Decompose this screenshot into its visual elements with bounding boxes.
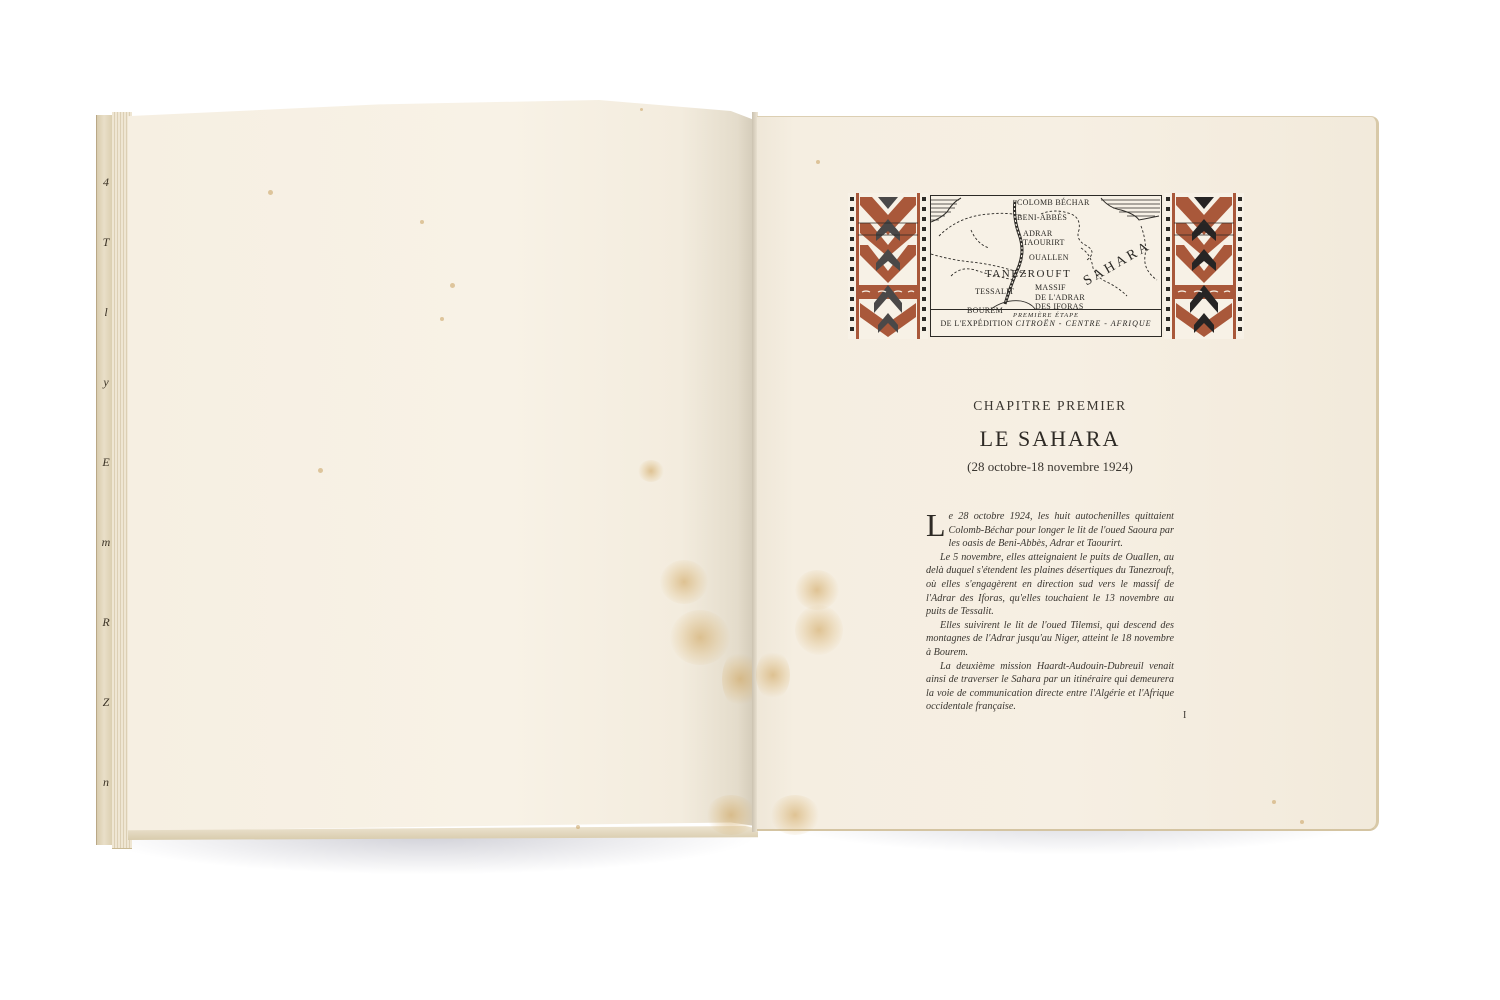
foxing-spot [1300,820,1304,824]
foxing-spot [318,468,323,473]
open-book-scene: 4 T l y E m R Z n [0,0,1500,1000]
foxing-spot [450,283,455,288]
ornamental-panel-right [1164,193,1244,339]
map-caption-line1: Première étape [931,312,1161,319]
chapter-dates: (28 octobre-18 novembre 1924) [900,459,1200,475]
foxing-spot [640,108,643,111]
foxing-spot [420,220,424,224]
paragraph: Le 28 octobre 1924, les huit autochenill… [926,510,1174,551]
book-shadow-left [95,835,760,875]
foxing-spot [816,160,820,164]
chapter-kicker: CHAPITRE PREMIER [900,398,1200,414]
map-caption: Première étape de l'Expédition Citroën -… [931,309,1161,336]
paragraph: Le 5 novembre, elles atteignaient le pui… [926,551,1174,619]
map-caption-line2: de l'Expédition Citroën - Centre - Afriq… [931,319,1161,328]
chapter-header-illustration: COLOMB BÉCHAR BENI-ABBÈS ADRAR TAOURIRT … [848,193,1244,339]
paragraph: Elles suivirent le lit de l'oued Tilemsi… [926,619,1174,660]
foxing-spot [268,190,273,195]
foxing-spot [440,317,444,321]
left-page [128,100,756,835]
paragraph: La deuxième mission Haardt-Audouin-Dubre… [926,660,1174,714]
foxing-spot [576,825,580,829]
foxing-spot [1272,800,1276,804]
expedition-route-map: COLOMB BÉCHAR BENI-ABBÈS ADRAR TAOURIRT … [930,195,1162,337]
ornamental-panel-left [848,193,928,339]
chapter-body-text: Le 28 octobre 1924, les huit autochenill… [926,510,1174,714]
page-number: I [1183,710,1186,721]
chapter-title: LE SAHARA [900,426,1200,452]
drop-cap: L [926,512,946,538]
